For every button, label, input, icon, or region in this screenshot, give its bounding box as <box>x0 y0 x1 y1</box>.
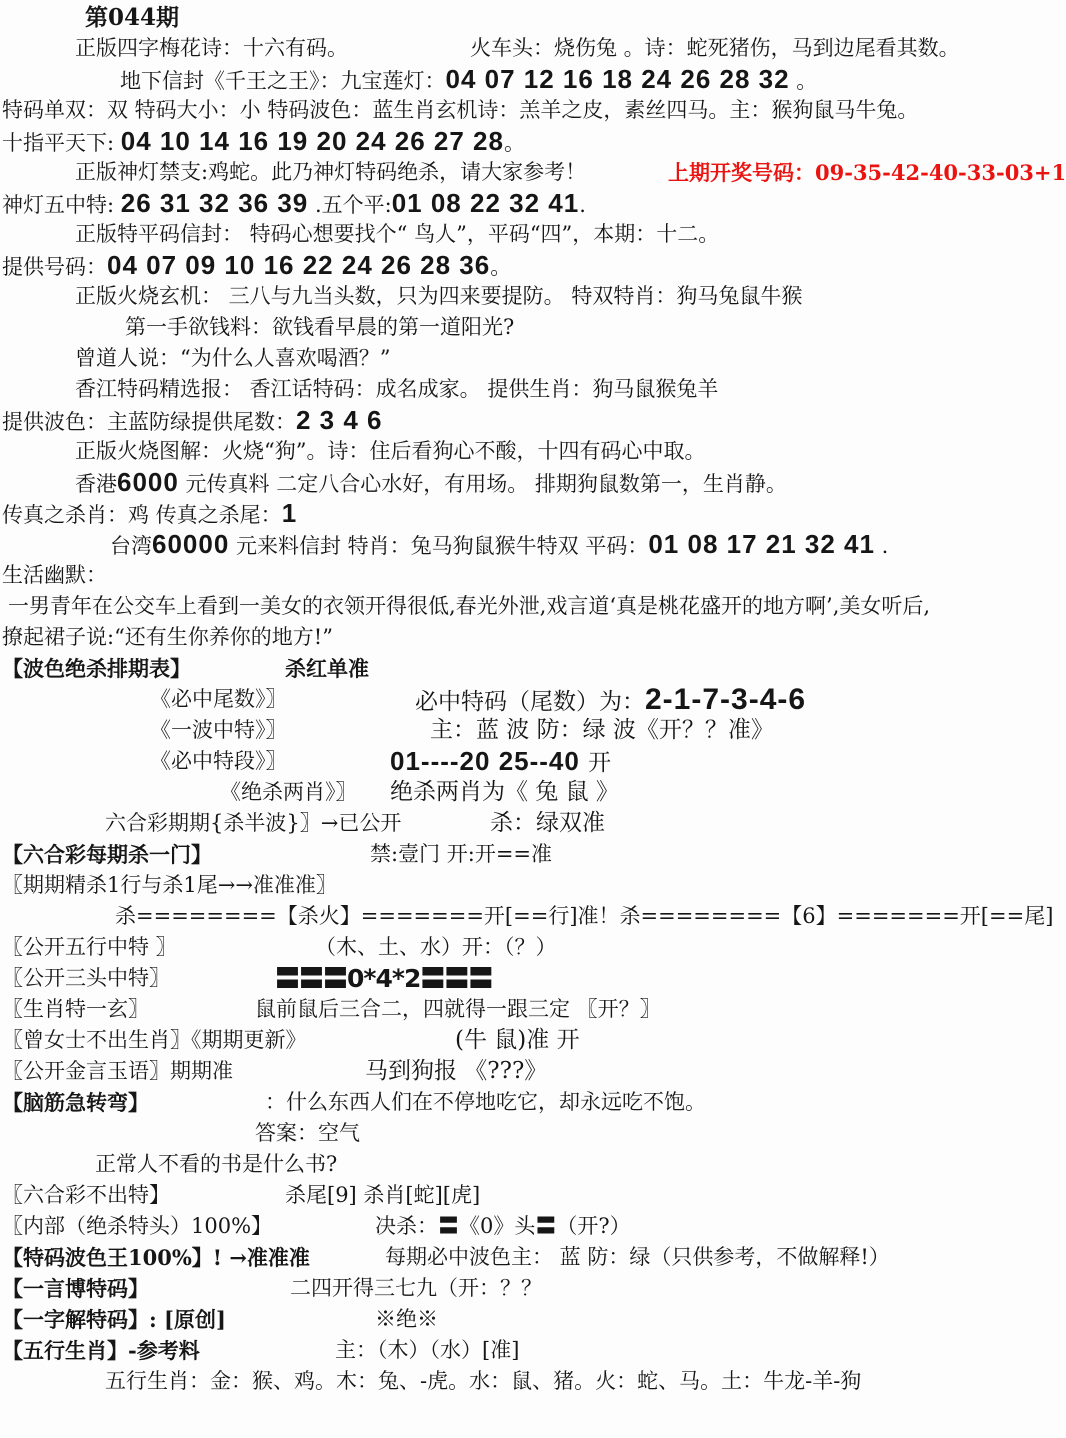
meiqi-shayimen-line: 【六合彩每期杀一门】禁:壹门 开:开==准 <box>0 839 1066 870</box>
humor-line-2: 撩起裙子说:“还有生你养你的地方!” <box>0 622 1066 653</box>
juesha-liangxiao-line: 《绝杀两肖》〗绝杀两肖为《 兔 鼠 》 <box>0 777 1066 808</box>
shendeng-wuzhongte-line: 神灯五中特: 26 31 32 36 39 .五个平:01 08 22 32 4… <box>0 188 1066 219</box>
teduan-kai: 开 <box>588 750 611 776</box>
shahongdan-text: 杀红单准 <box>285 653 369 684</box>
tepingma-xinfeng-line: 正版特平码信封： 特码心想要找个“ 鸟人”，平码“四”，本期：十二。 <box>0 219 1066 250</box>
wuxing-shengxiao-header-line: 【五行生肖】-参考料主：（木）（水）[准] <box>0 1335 1066 1366</box>
wuxing-shengxiao-detail: 五行生肖：金：猴、鸡。木：兔、-虎。水：鼠、猪。火：蛇、马。土：牛龙-羊-狗 <box>105 1369 861 1393</box>
juesha-liangxiao-value: 绝杀两肖为《 兔 鼠 》 <box>390 777 619 808</box>
teyixuan-value: 鼠前鼠后三合二，四就得一跟三定 〖开？〗 <box>255 994 661 1025</box>
humor-title-line: 生活幽默： <box>0 560 1066 591</box>
riddle-2-line: 正常人不看的书是什么书? <box>0 1149 1066 1180</box>
tw-period: . <box>875 534 888 558</box>
bose-juesha-header-line: 【波色绝杀排期表】杀红单准 <box>0 653 1066 684</box>
santou-zhongte-line: 〖公开三头中特〗〓〓〓0*4*2〓〓〓 <box>0 963 1066 994</box>
wugeping-numbers: 01 08 22 32 41 <box>392 188 580 218</box>
wuxing-shengxiao-main: 主：（木）（水）[准] <box>335 1335 519 1366</box>
santou-zhongte-label: 〖公开三头中特〗 <box>2 966 170 990</box>
zengdaoren-text: 曾道人说：“为什么人喜欢喝酒？” <box>75 346 390 370</box>
zengnvshi-value: (牛 鼠)准 开 <box>455 1025 580 1056</box>
bizhong-weishu-prefix: 必中特码（尾数）为： <box>415 689 645 715</box>
yibo-zhongte-label: 《一波中特》〗 <box>150 718 287 742</box>
dixia-xinfeng-label: 地下信封《千王之王》：九宝莲灯： <box>120 69 446 93</box>
riddle-2-text: 正常人不看的书是什么书? <box>95 1152 337 1176</box>
tigong-haoma-label: 提供号码： <box>2 255 107 279</box>
yibo-zhongte-value: 主：蓝 波 防：绿 波《开？？准》 <box>430 715 774 746</box>
dixia-xinfeng-line: 地下信封《千王之王》：九宝莲灯：04 07 12 16 18 24 26 28 … <box>0 64 1066 95</box>
yibo-zhongte-line: 《一波中特》〗主：蓝 波 防：绿 波《开？？准》 <box>0 715 1066 746</box>
bose-juesha-header: 【波色绝杀排期表】 <box>2 656 191 681</box>
wuxing-zhongte-value: （木、土、水）开：（？） <box>315 932 557 963</box>
tigong-haoma-period: 。 <box>490 255 511 279</box>
humor-text-2: 撩起裙子说:“还有生你养你的地方!” <box>2 625 333 649</box>
zengnvshi-line: 〖曾女士不出生肖〗《期期更新》(牛 鼠)准 开 <box>0 1025 1066 1056</box>
dixia-xinfeng-numbers: 04 07 12 16 18 24 26 28 32 <box>446 64 790 94</box>
tema-bosewang-line: 【特码波色王100%】! →准准准每期必中波色主： 蓝 防：绿（只供参考，不做解… <box>0 1242 1066 1273</box>
bizhong-teduan-line: 《必中特段》〗01----20 25--40 开 <box>0 746 1066 777</box>
zengdaoren-line: 曾道人说：“为什么人喜欢喝酒？” <box>0 343 1066 374</box>
shizhi-label: 十指平天下: <box>2 131 121 155</box>
tema-attributes-text: 特码单双：双 特码大小：小 特码波色：蓝生肖玄机诗：羔羊之皮，素丝四马。主：猴狗… <box>2 98 918 122</box>
issue-number-text: 第044期 <box>85 4 179 31</box>
yuqian-liao-line: 第一手欲钱料：欲钱看早晨的第一道阳光? <box>0 312 1066 343</box>
shizhi-numbers-line: 十指平天下: 04 10 14 16 19 20 24 26 27 28。 <box>0 126 1066 157</box>
tigong-weishu-numbers: 2 3 4 6 <box>296 405 383 435</box>
lottery-tip-sheet: 第044期 正版四字梅花诗：十六有码。火车头：烧伤兔 。诗：蛇死猪伤，马到边尾看… <box>0 0 1066 1438</box>
tepingma-text: 正版特平码信封： 特码心想要找个“ 鸟人”，平码“四”，本期：十二。 <box>75 222 719 246</box>
answer-line: 答案：空气 <box>0 1118 1066 1149</box>
teduan-range-numbers: 01----20 25--40 <box>390 746 588 776</box>
buchute-value: 杀尾[9] 杀肖[蛇][虎] <box>285 1180 480 1211</box>
answer-text: 答案：空气 <box>255 1121 360 1145</box>
naojin-line: 【脑筋急转弯】：什么东西人们在不停地吃它，却永远吃不饱。 <box>0 1087 1066 1118</box>
jueshatetou-label: 〖内部（绝杀特头）100%】 <box>2 1214 272 1238</box>
sha-banbo-label: 六合彩期期{杀半波}〗→已公开 <box>105 811 401 835</box>
meiqi-shayimen-value: 禁:壹门 开:开==准 <box>370 839 552 870</box>
humor-text-1: 一男青年在公交车上看到一美女的衣领开得很低,春光外泄,戏言道‘真是桃花盛开的地方… <box>8 594 930 618</box>
yizi-jietema-value: ※绝※ <box>375 1304 438 1335</box>
wugeping-label: .五个平: <box>308 193 391 217</box>
shizhi-period: 。 <box>504 131 525 155</box>
zengnvshi-label: 〖曾女士不出生肖〗《期期更新》 <box>2 1028 307 1052</box>
huochetou-poem: 火车头：烧伤兔 。诗：蛇死猪伤，马到边尾看其数。 <box>470 33 960 64</box>
shahuo-text: 杀========【杀火】=======开[==行]准！杀========【6】… <box>115 904 1053 928</box>
tw-amount: 60000 <box>152 529 229 559</box>
issue-number: 第044期 <box>0 2 1066 33</box>
humor-title: 生活幽默： <box>2 563 107 587</box>
huoshao-xuanji-text: 正版火烧玄机： 三八与九当头数，只为四来要提防。 特双特肖：狗马兔鼠牛猴 <box>75 284 802 308</box>
xiangjiang-report-line: 香江特码精选报： 香江话特码：成名成家。 提供生肖：狗马鼠猴兔羊 <box>0 374 1066 405</box>
shizhi-numbers: 04 10 14 16 19 20 24 26 27 28 <box>121 126 504 156</box>
wuxing-zhongte-label: 〖公开五行中特 〗 <box>2 935 177 959</box>
yizi-jietema-line: 【一字解特码】: [原创]※绝※ <box>0 1304 1066 1335</box>
tw-pingma-numbers: 01 08 17 21 32 41 <box>648 529 875 559</box>
wuxing-zhongte-line: 〖公开五行中特 〗（木、土、水）开：（？） <box>0 932 1066 963</box>
jueshatetou-value: 决杀：〓《0》头〓（开?） <box>375 1211 631 1242</box>
jinyan-yuyu-value: 马到狗报 《???》 <box>365 1056 547 1087</box>
yiyan-botema-value: 二四开得三七九（开：？？ <box>290 1273 542 1304</box>
fax-shaxiao-label: 传真之杀肖：鸡 传真之杀尾： <box>2 503 282 527</box>
juesha-liangxiao-label: 《绝杀两肖》〗 <box>220 780 357 804</box>
tw-xinfeng-line: 台湾60000 元来料信封 特肖：兔马狗鼠猴牛特双 平码：01 08 17 21… <box>0 529 1066 560</box>
yuqian-liao-text: 第一手欲钱料：欲钱看早晨的第一道阳光? <box>125 315 514 339</box>
huoshao-tujie-text: 正版火烧图解：火烧“狗”。诗：住后看狗心不酸，十四有码心中取。 <box>75 439 705 463</box>
buchute-label: 〖六合彩不出特】 <box>2 1183 170 1207</box>
meihua-poem: 正版四字梅花诗：十六有码。 <box>75 36 348 60</box>
bizhong-weishu-line: 《必中尾数》〗必中特码（尾数）为：2-1-7-3-4-6 <box>0 684 1066 715</box>
huoshao-xuanji-line: 正版火烧玄机： 三八与九当头数，只为四来要提防。 特双特肖：狗马兔鼠牛猴 <box>0 281 1066 312</box>
bizhong-teduan-value: 01----20 25--40 开 <box>390 746 611 779</box>
last-draw-result: 上期开奖号码：09-35-42-40-33-03+13 <box>668 157 1066 188</box>
wuzhongte-period: . <box>579 193 586 217</box>
bizhong-weishu-numbers: 2-1-7-3-4-6 <box>645 683 806 716</box>
jingsha-line: 〖期期精杀1行与杀1尾→→准准准〗 <box>0 870 1066 901</box>
jinyan-yuyu-line: 〖公开金言玉语〗期期准马到狗报 《???》 <box>0 1056 1066 1087</box>
naojin-question: ：什么东西人们在不停地吃它，却永远吃不饱。 <box>265 1087 706 1118</box>
wuzhongte-numbers: 26 31 32 36 39 <box>121 188 309 218</box>
tigong-bose-label: 提供波色：主蓝防绿提供尾数： <box>2 410 296 434</box>
jinyan-yuyu-label: 〖公开金言玉语〗期期准 <box>2 1059 233 1083</box>
meihua-poem-line: 正版四字梅花诗：十六有码。火车头：烧伤兔 。诗：蛇死猪伤，马到边尾看其数。 <box>0 33 1066 64</box>
wuxing-shengxiao-label: 【五行生肖】-参考料 <box>2 1338 200 1363</box>
buchute-line: 〖六合彩不出特】杀尾[9] 杀肖[蛇][虎] <box>0 1180 1066 1211</box>
meiqi-shayimen-label: 【六合彩每期杀一门】 <box>2 842 212 867</box>
fax-shaxiao-line: 传真之杀肖：鸡 传真之杀尾：1 <box>0 498 1066 529</box>
hk-fax-line: 香港6000 元传真料 二定八合心水好，有用场。 排期狗鼠数第一，生肖静。 <box>0 467 1066 498</box>
wuzhongte-label: 神灯五中特: <box>2 193 121 217</box>
huoshao-tujie-line: 正版火烧图解：火烧“狗”。诗：住后看狗心不酸，十四有码心中取。 <box>0 436 1066 467</box>
naojin-label: 【脑筋急转弯】 <box>2 1090 149 1115</box>
tigong-bose-line: 提供波色：主蓝防绿提供尾数：2 3 4 6 <box>0 405 1066 436</box>
tw-label: 台湾 <box>110 534 152 558</box>
hk-amount: 6000 <box>117 467 179 497</box>
shendeng-jinzhi-line: 正版神灯禁支:鸡蛇。此乃神灯特码绝杀，请大家参考！上期开奖号码：09-35-42… <box>0 157 1066 188</box>
bizhong-teduan-label: 《必中特段》〗 <box>150 749 287 773</box>
teyixuan-label: 〖生肖特一玄〗 <box>2 997 149 1021</box>
tigong-haoma-numbers: 04 07 09 10 16 22 24 26 28 36 <box>107 250 490 280</box>
tigong-haoma-line: 提供号码：04 07 09 10 16 22 24 26 28 36。 <box>0 250 1066 281</box>
shendeng-jinzhi-text: 正版神灯禁支:鸡蛇。此乃神灯特码绝杀，请大家参考！ <box>75 160 586 184</box>
xiangjiang-report-text: 香江特码精选报： 香江话特码：成名成家。 提供生肖：狗马鼠猴兔羊 <box>75 377 718 401</box>
dixia-xinfeng-period: 。 <box>790 69 818 93</box>
fax-shawei-number: 1 <box>282 498 297 528</box>
wuxing-shengxiao-detail-line: 五行生肖：金：猴、鸡。木：兔、-虎。水：鼠、猪。火：蛇、马。土：牛龙-羊-狗 <box>0 1366 1066 1397</box>
humor-line-1: 一男青年在公交车上看到一美女的衣领开得很低,春光外泄,戏言道‘真是桃花盛开的地方… <box>0 591 1066 622</box>
bosewang-value: 每期必中波色主： 蓝 防：绿（只供参考，不做解释!） <box>385 1242 890 1273</box>
santou-zhongte-value: 〓〓〓0*4*2〓〓〓 <box>275 963 492 994</box>
sha-banbo-value: 杀：绿双准 <box>490 808 605 839</box>
hk-fax-text: 元传真料 二定八合心水好，有用场。 排期狗鼠数第一，生肖静。 <box>179 472 787 496</box>
sha-banbo-line: 六合彩期期{杀半波}〗→已公开杀：绿双准 <box>0 808 1066 839</box>
tema-attributes-line: 特码单双：双 特码大小：小 特码波色：蓝生肖玄机诗：羔羊之皮，素丝四马。主：猴狗… <box>0 95 1066 126</box>
neibu-jueshatetou-line: 〖内部（绝杀特头）100%】决杀：〓《0》头〓（开?） <box>0 1211 1066 1242</box>
jingsha-text: 〖期期精杀1行与杀1尾→→准准准〗 <box>2 873 337 897</box>
yizi-jietema-label: 【一字解特码】: [原创] <box>2 1307 226 1332</box>
yiyan-botema-label: 【一言博特码】 <box>2 1276 149 1301</box>
shahuo-line: 杀========【杀火】=======开[==行]准！杀========【6】… <box>0 901 1066 932</box>
shengxiao-teyixuan-line: 〖生肖特一玄〗鼠前鼠后三合二，四就得一跟三定 〖开？〗 <box>0 994 1066 1025</box>
bizhong-weishu-value: 必中特码（尾数）为：2-1-7-3-4-6 <box>415 684 806 718</box>
yiyan-botema-line: 【一言博特码】二四开得三七九（开：？？ <box>0 1273 1066 1304</box>
hk-label: 香港 <box>75 472 117 496</box>
bosewang-label: 【特码波色王100%】! →准准准 <box>2 1245 310 1270</box>
sheet-content: 第044期 正版四字梅花诗：十六有码。火车头：烧伤兔 。诗：蛇死猪伤，马到边尾看… <box>0 2 1066 1397</box>
bizhong-weishu-label: 《必中尾数》〗 <box>150 687 287 711</box>
tw-texiao-text: 元来料信封 特肖：兔马狗鼠猴牛特双 平码： <box>229 534 648 558</box>
